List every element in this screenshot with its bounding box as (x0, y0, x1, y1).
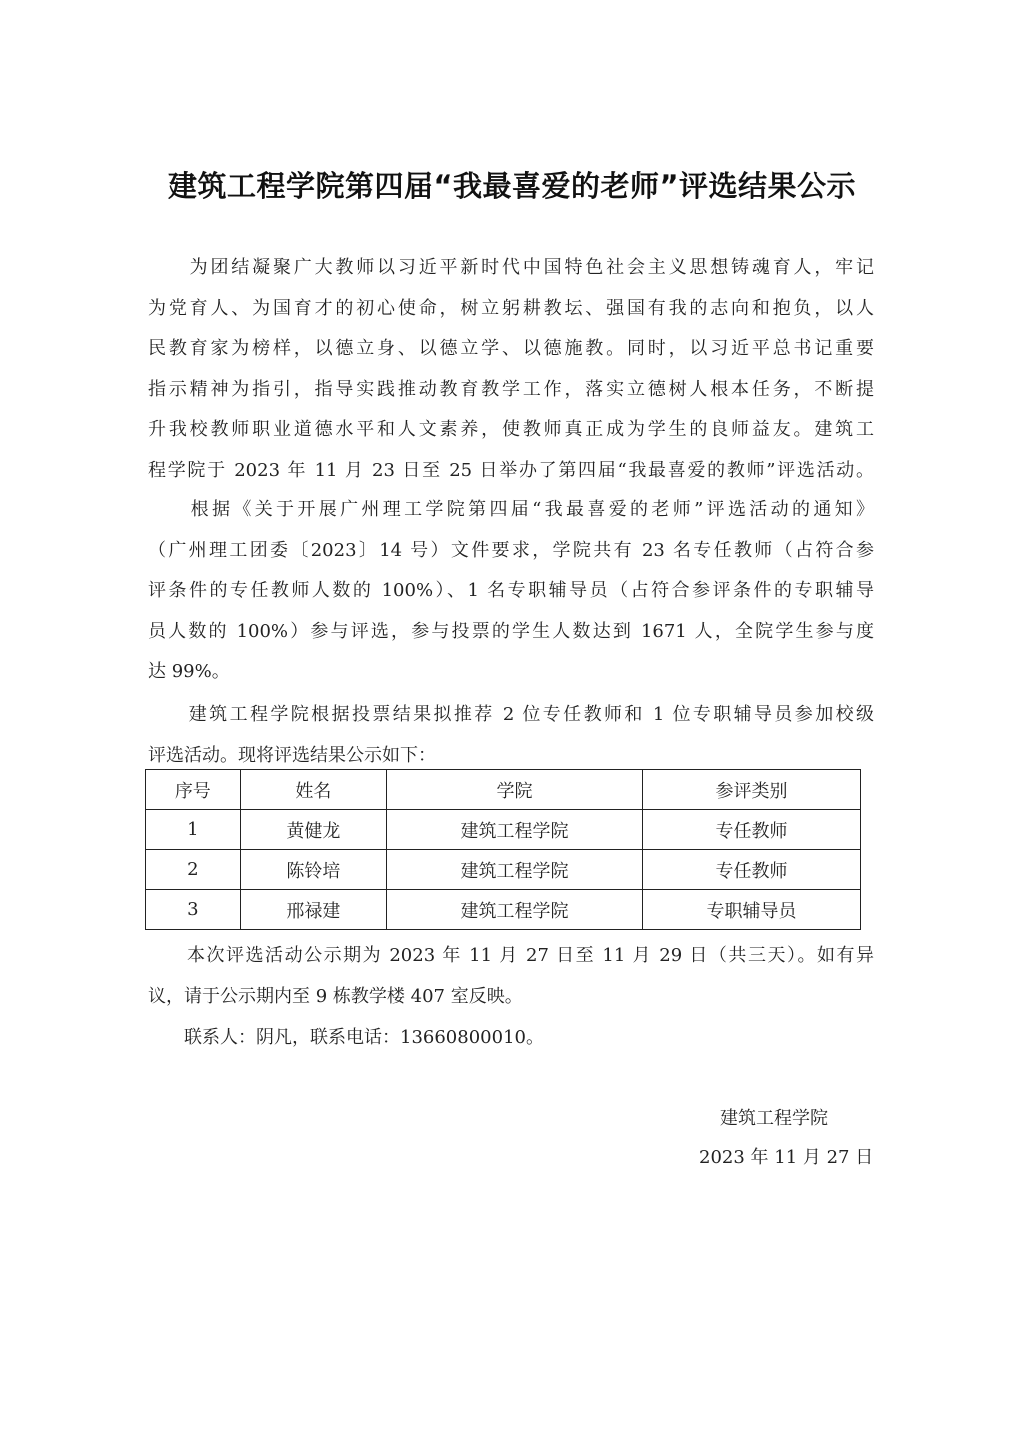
table-row: 2 陈铃培 建筑工程学院 专任教师 (146, 850, 861, 890)
paragraph-publicity-period: 本次评选活动公示期为 2023 年 11 月 27 日至 11 月 29 日（共… (148, 936, 874, 1017)
paragraph-contact: 联系人：阴凡，联系电话：13660800010。 (148, 1018, 874, 1059)
text-line: 为党育人、为国育才的初心使命，树立躬耕教坛、强国有我的志向和抱负，以人 (148, 289, 874, 330)
cell-name: 黄健龙 (240, 810, 386, 850)
text-line: 本次评选活动公示期为 2023 年 11 月 27 日至 11 月 29 日（共… (148, 936, 874, 977)
cell-index: 2 (146, 850, 241, 890)
paragraph-intro: 为团结凝聚广大教师以习近平新时代中国特色社会主义思想铸魂育人，牢记 为党育人、为… (148, 248, 874, 491)
column-header-name: 姓名 (240, 770, 386, 810)
table-header-row: 序号 姓名 学院 参评类别 (146, 770, 861, 810)
document-title: 建筑工程学院第四届“我最喜爱的老师”评选结果公示 (150, 164, 874, 205)
text-line: 程学院于 2023 年 11 月 23 日至 25 日举办了第四届“我最喜爱的教… (148, 451, 874, 492)
text-line: 升我校教师职业道德水平和人文素养，使教师真正成为学生的良师益友。建筑工 (148, 410, 874, 451)
cell-index: 3 (146, 890, 241, 930)
paragraph-basis: 根据《关于开展广州理工学院第四届“我最喜爱的老师”评选活动的通知》 （广州理工团… (148, 490, 874, 693)
cell-name: 邢禄建 (240, 890, 386, 930)
text-line: 议，请于公示期内至 9 栋教学楼 407 室反映。 (148, 977, 874, 1018)
paragraph-recommendation: 建筑工程学院根据投票结果拟推荐 2 位专任教师和 1 位专职辅导员参加校级 评选… (148, 695, 874, 776)
column-header-college: 学院 (387, 770, 643, 810)
cell-name: 陈铃培 (240, 850, 386, 890)
text-line: 指示精神为指引，指导实践推动教育教学工作，落实立德树人根本任务，不断提 (148, 370, 874, 411)
table-row: 1 黄健龙 建筑工程学院 专任教师 (146, 810, 861, 850)
cell-college: 建筑工程学院 (387, 810, 643, 850)
text-line: 员人数的 100%）参与评选，参与投票的学生人数达到 1671 人，全院学生参与… (148, 612, 874, 653)
text-line: （广州理工团委〔2023〕14 号）文件要求，学院共有 23 名专任教师（占符合… (148, 531, 874, 572)
cell-college: 建筑工程学院 (387, 850, 643, 890)
cell-index: 1 (146, 810, 241, 850)
table-row: 3 邢禄建 建筑工程学院 专职辅导员 (146, 890, 861, 930)
column-header-category: 参评类别 (642, 770, 860, 810)
text-line: 为团结凝聚广大教师以习近平新时代中国特色社会主义思想铸魂育人，牢记 (148, 248, 874, 289)
signature-organization: 建筑工程学院 (720, 1104, 828, 1130)
document-page: 建筑工程学院第四届“我最喜爱的老师”评选结果公示 为团结凝聚广大教师以习近平新时… (0, 0, 1024, 1448)
column-header-index: 序号 (146, 770, 241, 810)
results-table: 序号 姓名 学院 参评类别 1 黄健龙 建筑工程学院 专任教师 2 陈铃培 建筑… (145, 769, 861, 930)
text-line: 建筑工程学院根据投票结果拟推荐 2 位专任教师和 1 位专职辅导员参加校级 (148, 695, 874, 736)
text-line: 根据《关于开展广州理工学院第四届“我最喜爱的老师”评选活动的通知》 (148, 490, 874, 531)
text-line: 民教育家为榜样，以德立身、以德立学、以德施教。同时，以习近平总书记重要 (148, 329, 874, 370)
cell-category: 专任教师 (642, 850, 860, 890)
cell-category: 专职辅导员 (642, 890, 860, 930)
text-line: 达 99%。 (148, 652, 874, 693)
cell-college: 建筑工程学院 (387, 890, 643, 930)
text-line: 联系人：阴凡，联系电话：13660800010。 (148, 1018, 874, 1059)
signature-date: 2023 年 11 月 27 日 (699, 1143, 873, 1169)
cell-category: 专任教师 (642, 810, 860, 850)
text-line: 评条件的专任教师人数的 100%）、1 名专职辅导员（占符合参评条件的专职辅导 (148, 571, 874, 612)
